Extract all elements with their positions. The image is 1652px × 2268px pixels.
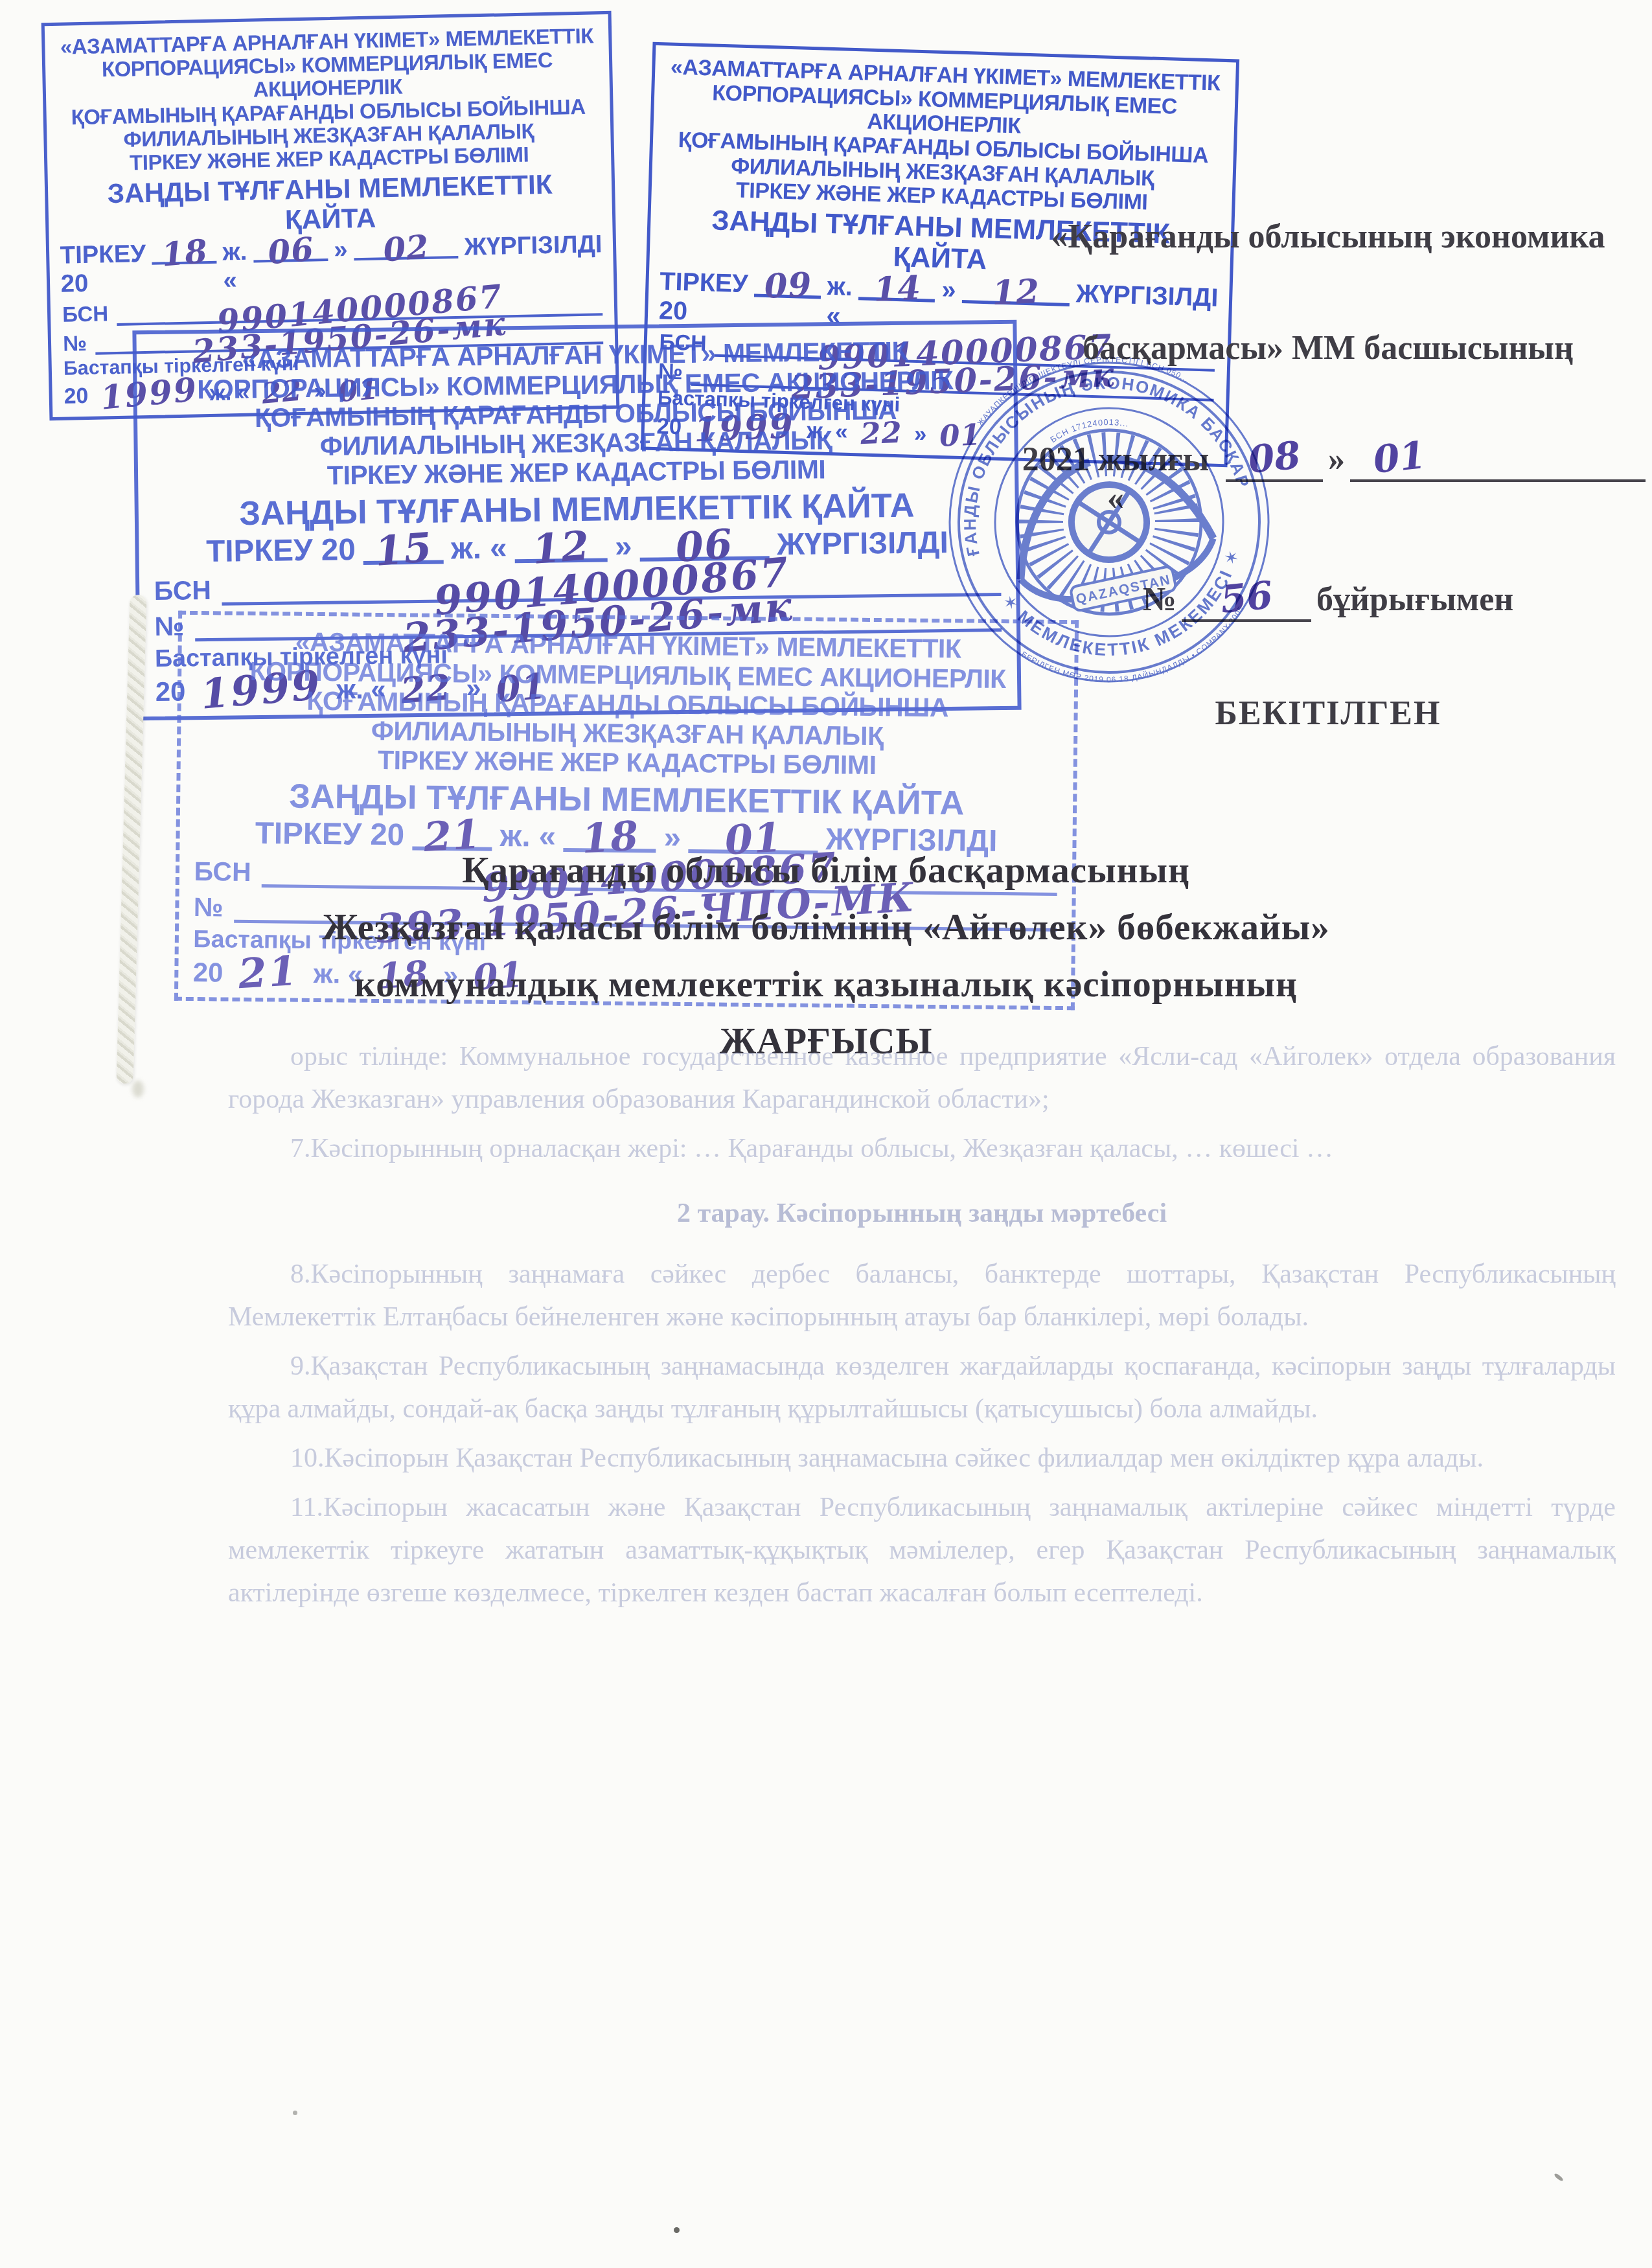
stamp-month-line: 02: [354, 231, 459, 260]
body-paragraph: 8.Кәсіпорынның заңнамаға сәйкес дербес б…: [228, 1253, 1616, 1338]
stamp-quote-close: »: [941, 275, 956, 305]
approval-line-1: «Қарағанды облысының экономика: [1011, 218, 1646, 257]
initial-prefix: 20: [64, 384, 89, 409]
official-round-seal: «ҚАРАҒАНДЫ ОБЛЫСЫНЫҢ ЭКОНОМИКА БАСҚАРМАС…: [910, 323, 1309, 722]
body-paragraph: 9.Қазақстан Республикасының заңнамасында…: [228, 1345, 1616, 1430]
stamp-day-line: 06: [253, 235, 328, 263]
charter-body-text: орыс тілінде: Коммунальное государственн…: [228, 1035, 1616, 1621]
stamp-reg-prefix: ТІРКЕУ 20: [206, 533, 356, 569]
stamp-quote-close: »: [334, 235, 348, 264]
title-line-3: коммуналдық мемлекеттік қазыналық кәсіпо…: [0, 956, 1652, 1013]
scan-speck: [1554, 2173, 1564, 2182]
stamp-reg-suffix: ЖҮРГІЗІЛДІ: [777, 525, 948, 563]
stamp-reg-suffix: ЖҮРГІЗІЛДІ: [464, 230, 602, 261]
handwritten-day: 12: [531, 531, 591, 565]
bsn-label: БСН: [154, 575, 212, 606]
binding-thread-tip: [132, 1081, 144, 1097]
stamp-year-line: 09: [754, 269, 821, 299]
handwritten-month: 02: [382, 234, 430, 262]
approved-label: БЕКІТІЛГЕН: [1011, 694, 1646, 733]
bsn-label: БСН: [62, 301, 109, 326]
stamp-reg-prefix: ТІРКЕУ 20: [658, 267, 748, 328]
title-line-1: Қарағанды облысы білім басқармасының: [0, 842, 1652, 899]
stamp-day-line: 14: [858, 272, 936, 303]
stamp-day-line: 12: [514, 528, 607, 563]
approval-quote-close: »: [1328, 441, 1345, 479]
body-paragraph: 10.Кәсіпорын Қазақстан Республикасының з…: [228, 1437, 1616, 1480]
body-paragraph: 11.Кәсіпорын жасасатын және Қазақстан Ре…: [228, 1486, 1616, 1614]
stamp-year-line: 15: [363, 530, 443, 565]
handwritten-year: 18: [160, 238, 208, 267]
scan-speck: [293, 2111, 297, 2115]
number-label: №: [63, 330, 87, 356]
kazakhstan-emblem-icon: QAZAQSTAN: [994, 412, 1224, 633]
title-line-2: Жезқазған қаласы білім бөлімінің «Айгөле…: [0, 899, 1652, 956]
handwritten-approval-month: 01: [1372, 443, 1427, 473]
handwritten-year: 15: [374, 533, 433, 567]
approval-month-line: 01: [1350, 441, 1646, 482]
body-paragraph: орыс тілінде: Коммунальное государственн…: [228, 1035, 1616, 1121]
chapter-heading: 2 тарау. Кәсіпорынның заңды мәртебесі: [228, 1192, 1616, 1235]
seal-graphic: «ҚАРАҒАНДЫ ОБЛЫСЫНЫҢ ЭКОНОМИКА БАСҚАРМАС…: [910, 323, 1309, 722]
scan-speck: [674, 2227, 680, 2233]
stamp-year-suffix: ж. «: [451, 531, 507, 567]
stamp-reg-date-row: ТІРКЕУ 20 18 ж. « 06 » 02 ЖҮРГІЗІЛДІ: [61, 229, 602, 298]
handwritten-year: 09: [764, 272, 812, 299]
handwritten-day: 06: [266, 236, 314, 265]
body-paragraph: 7.Кәсіпорынның орналасқан жері: … Қараға…: [228, 1127, 1616, 1170]
stamp-quote-close: »: [615, 529, 632, 565]
handwritten-day: 14: [873, 275, 922, 302]
stamp-reg-prefix: ТІРКЕУ 20: [60, 240, 146, 299]
stamp-year-suffix: ж. «: [222, 237, 248, 295]
stamp-action-line: ЗАҢДЫ ТҰЛҒАНЫ МЕМЛЕКЕТТІК ҚАЙТА: [60, 168, 601, 240]
stamp-year-line: 18: [152, 236, 216, 264]
order-suffix: бұйрығымен: [1316, 580, 1513, 619]
charter-document-page: «АЗАМАТТАРҒА АРНАЛҒАН ҮКІМЕТ» МЕМЛЕКЕТТІ…: [0, 0, 1652, 2268]
